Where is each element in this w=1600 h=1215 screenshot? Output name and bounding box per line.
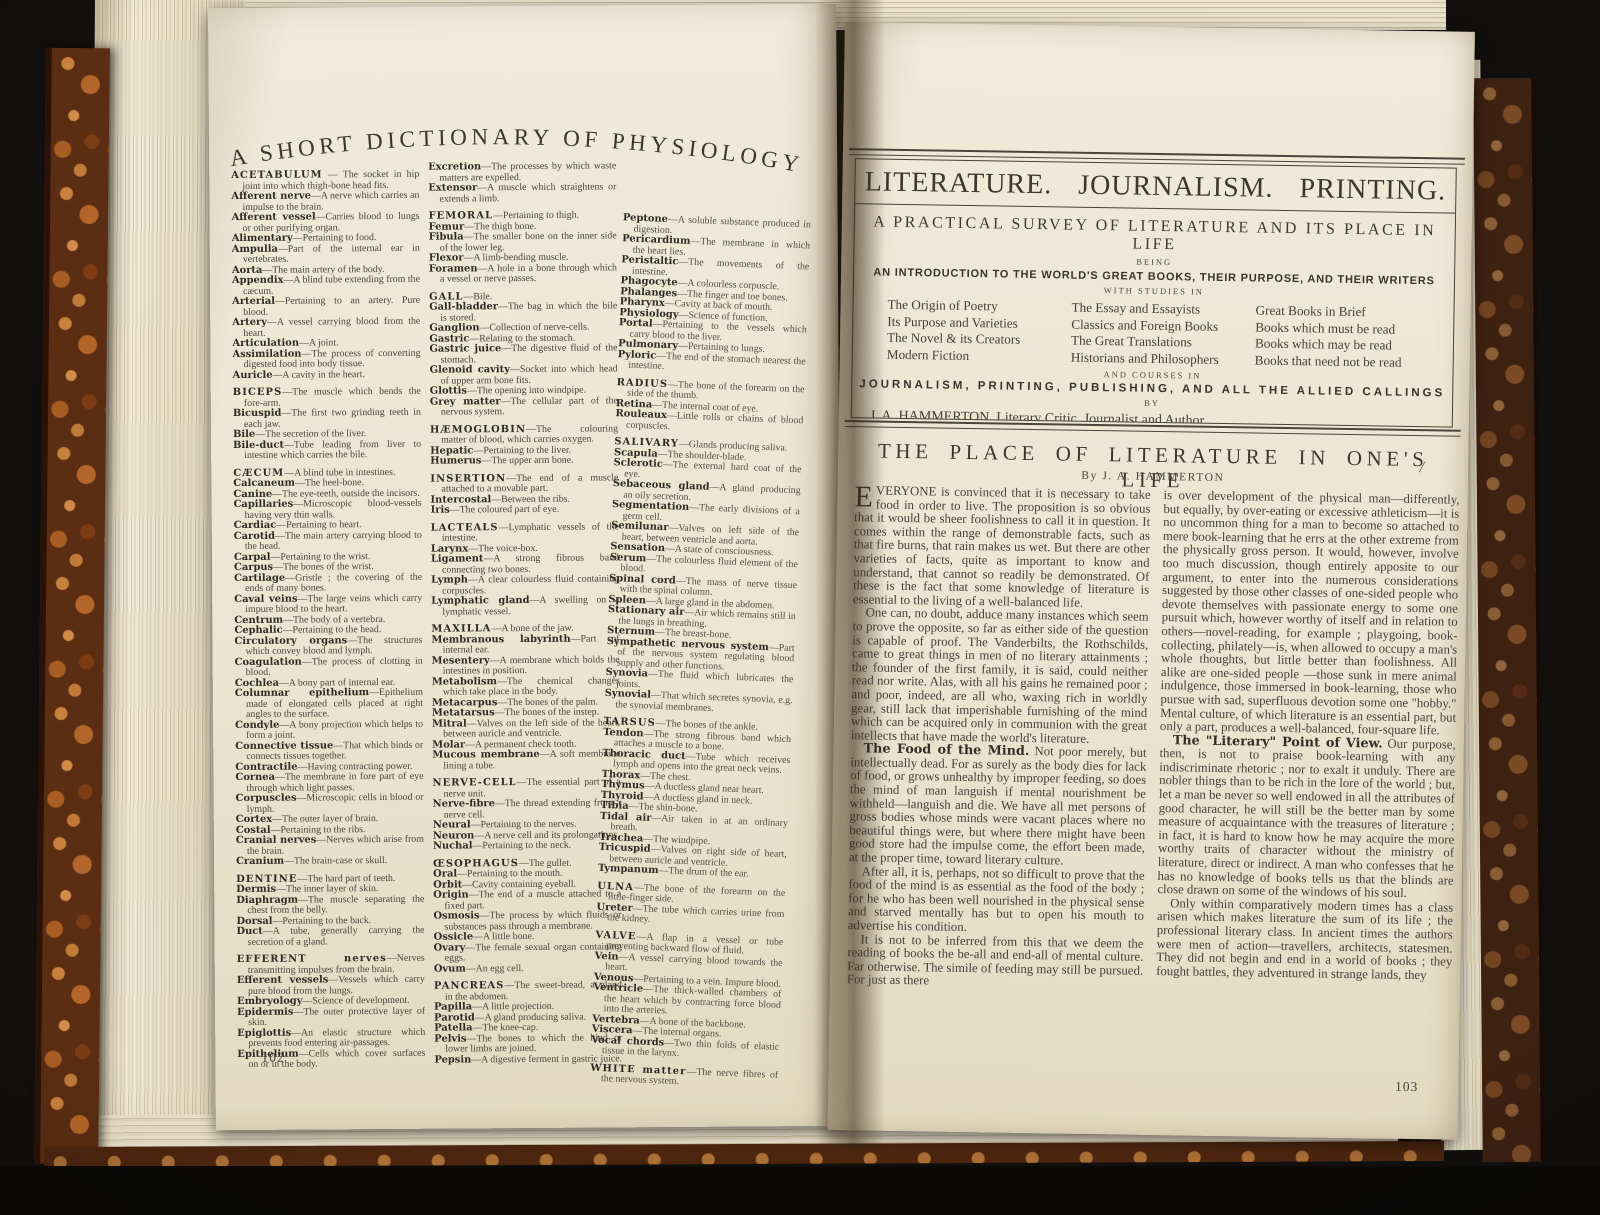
dictionary-entry: Gastric juice—The digestive fluid of the… — [429, 343, 617, 365]
study-topic: Books that need not be read — [1255, 352, 1439, 371]
dictionary-entry: Afferent nerve—A nerve which carries an … — [231, 191, 419, 213]
dictionary-entry: Ampulla—Part of the internal ear in vert… — [232, 243, 420, 265]
article-col-2: is over development of the physical man—… — [1154, 489, 1459, 1094]
dictionary-entry: Epidermis—The outer protective layer of … — [237, 1006, 425, 1028]
dictionary-entry: Bile-duct—Tube leading from liver to int… — [233, 439, 421, 461]
paragraph: One can, no doubt, adduce many instances… — [851, 607, 1149, 748]
paragraph-lead: The "Literary" Point of View. — [1173, 733, 1383, 751]
paragraph: is over development of the physical man—… — [1160, 489, 1460, 738]
dictionary-entry: BICEPS—The muscle which bends the fore-a… — [233, 387, 421, 409]
dictionary-entry: Mucous membrane—A soft membrane lining a… — [432, 749, 620, 771]
dictionary-entry: Membranous labyrinth—Part of internal ea… — [431, 634, 619, 656]
dictionary-entry: Circulatory organs—The structures which … — [234, 635, 422, 657]
dictionary-entry: Connective tissue—That which binds or co… — [235, 740, 423, 762]
dictionary-entry: Carotid—The main artery carrying blood t… — [234, 530, 422, 552]
dictionary-entry: Grey matter—The cellular part of the ner… — [430, 396, 618, 418]
dictionary-entry: NERVE-CELL—The essential part of a nerve… — [432, 777, 620, 799]
dictionary-entry: Cartilage—Gristle ; the covering of the … — [234, 572, 422, 594]
paragraph: It is not to be inferred from this that … — [847, 933, 1144, 992]
dictionary-columns: ACETABULUM — The socket in hip joint int… — [231, 160, 820, 1104]
dictionary-entry: Excretion—The processes by which waste m… — [428, 161, 616, 183]
book-cover-right — [1473, 78, 1545, 1163]
paragraph: After all, it is, perhaps, not so diffic… — [848, 865, 1145, 938]
dictionary-entry: Assimilation—The process of converting d… — [232, 348, 420, 370]
dictionary-entry: Diaphragm—The muscle separating the ches… — [236, 894, 424, 916]
article-col-1: EVERYONE is convinced that it is necessa… — [845, 484, 1150, 1089]
right-page: LITERATURE. JOURNALISM. PRINTING. A PRAC… — [828, 22, 1475, 1140]
dictionary-entry: Duct—A tube, generally carrying the secr… — [237, 926, 425, 948]
dictionary-entry: Extensor—A muscle which straightens or e… — [428, 182, 616, 204]
article-columns: EVERYONE is convinced that it is necessa… — [845, 484, 1459, 1093]
dictionary-entry: Artery—A vessel carrying blood from the … — [232, 317, 420, 339]
paragraph: Only within comparatively modern times h… — [1156, 897, 1453, 983]
section-title: LITERATURE. JOURNALISM. PRINTING. — [855, 159, 1456, 213]
dictionary-entry: Condyle—A bony projection which helps to… — [235, 719, 423, 741]
dictionary-entry: HÆMOGLOBIN—The colouring matter of blood… — [430, 424, 618, 446]
paragraph: The "Literary" Point of View. Our purpos… — [1157, 734, 1456, 902]
dictionary-entry: Synovial—That which secretes synovia, e.… — [604, 689, 793, 717]
dictionary-entry: Cranium—The brain-case or skull. — [236, 856, 424, 868]
dictionary-entry: Metabolism—The chemical changes which ta… — [432, 676, 620, 698]
dictionary-entry: Lymphatic gland—A swelling on a lymphati… — [431, 595, 619, 617]
dictionary-entry: Cranial nerves—Nerves which arise from t… — [236, 835, 424, 857]
study-topic: Historians and Philosophers — [1071, 349, 1255, 368]
dictionary-entry: Foramen—A hole in a bone through which a… — [429, 263, 617, 285]
dictionary-entry: Glenoid cavity—Socket into which head of… — [430, 364, 618, 386]
dictionary-entry: Efferent vessels—Vessels which carry pur… — [237, 975, 425, 997]
dictionary-entry: Ligament—A strong fibrous band connectin… — [431, 553, 619, 575]
page-number-left: 102 — [261, 1050, 284, 1066]
background — [0, 1166, 1600, 1215]
dictionary-entry: WHITE matter—The nerve fibres of the ner… — [590, 1063, 779, 1091]
dictionary-entry: Afferent vessel—Carries blood to lungs o… — [232, 212, 420, 234]
paragraph: EVERYONE is convinced that it is necessa… — [853, 484, 1151, 611]
dictionary-entry: Capillaries—Microscopic blood-vessels ha… — [234, 499, 422, 521]
dictionary-column-3: Peptone—A soluble substance produced in … — [587, 161, 813, 1104]
dictionary-entry: EFFERENT nerves—Nerves transmitting impu… — [237, 954, 425, 976]
dictionary-entry: Cornea—The membrane in fore part of eye … — [235, 772, 423, 794]
drop-cap: E — [854, 484, 876, 509]
dictionary-entry: Mesentery—A membrane which holds the int… — [432, 655, 620, 677]
dictionary-entry: Appendix—A blind tube extending from the… — [232, 275, 420, 297]
paragraph: The Food of the Mind. Not poor merely, b… — [849, 742, 1147, 869]
studies-column-1: The Origin of PoetryIts Purpose and Vari… — [887, 297, 1072, 366]
dictionary-entry: Lymph—A clear colourless fluid containin… — [431, 574, 619, 596]
studies-column-3: Great Books in BriefBooks which must be … — [1255, 302, 1440, 371]
studies-column-2: The Essay and EssayistsClassics and Fore… — [1071, 300, 1256, 369]
book-photo: A SHORT DICTIONARY OF PHYSIOLOGY ACETABU… — [0, 0, 1600, 1215]
pen-mark: / — [1419, 459, 1424, 477]
book-cover-left — [34, 48, 110, 1165]
section-subtitle: A PRACTICAL SURVEY OF LITERATURE AND ITS… — [854, 213, 1454, 258]
dictionary-entry: LACTEALS—Lymphatic vessels of the intest… — [431, 522, 619, 544]
dictionary-entry: Arterial—Pertaining to an artery. Pure b… — [232, 296, 420, 318]
dictionary-entry: Gall-bladder—The bag in which the bile i… — [429, 301, 617, 323]
dictionary-entry: Humerus—The upper arm bone. — [430, 455, 618, 467]
page-number-right: 103 — [1395, 1079, 1418, 1095]
paragraph-lead: The Food of the Mind. — [863, 742, 1029, 760]
dictionary-entry: Caval veins—The large veins which carry … — [234, 593, 422, 615]
dictionary-entry: Coagulation—The process of clotting in b… — [235, 656, 423, 678]
dictionary-entry: Osmosis—The process by which fluids or s… — [433, 910, 621, 932]
dictionary-entry: Rouleaux—Little rolls or chains of blood… — [615, 409, 804, 437]
dictionary-column-1: ACETABULUM — The socket in hip joint int… — [231, 163, 426, 1104]
dictionary-entry: Nuchal—Pertaining to the neck. — [433, 840, 621, 852]
studies-list: The Origin of PoetryIts Purpose and Vari… — [853, 296, 1454, 371]
dictionary-entry: Auricle—A cavity in the heart. — [233, 369, 421, 381]
left-page: A SHORT DICTIONARY OF PHYSIOLOGY ACETABU… — [208, 4, 844, 1130]
dictionary-entry: Bicuspid—The first two grinding teeth in… — [233, 408, 421, 430]
dictionary-entry: Mitral—Valves on the left side of the he… — [432, 718, 620, 740]
dictionary-entry: Corpuscles—Microscopic cells in blood or… — [236, 793, 424, 815]
dictionary-entry: Iris—The coloured part of eye. — [431, 504, 619, 516]
dictionary-entry: Fibula—The smaller bone on the inner sid… — [429, 231, 617, 253]
dictionary-entry: Columnar epithelium—Epithelium made of e… — [235, 688, 423, 721]
dictionary-entry: Nerve-fibre—The thread extending from a … — [433, 798, 621, 820]
dictionary-entry: Epiglottis—An elastic structure which pr… — [237, 1027, 425, 1049]
dictionary-entry: ACETABULUM — The socket in hip joint int… — [231, 170, 419, 192]
study-topic: Modern Fiction — [887, 346, 1071, 365]
section-header-box: LITERATURE. JOURNALISM. PRINTING. A PRAC… — [851, 158, 1457, 427]
dictionary-entry: INSERTION—The end of a muscle attached t… — [430, 473, 618, 495]
dictionary-entry: Origin—The end of a muscle attached to a… — [433, 889, 621, 911]
